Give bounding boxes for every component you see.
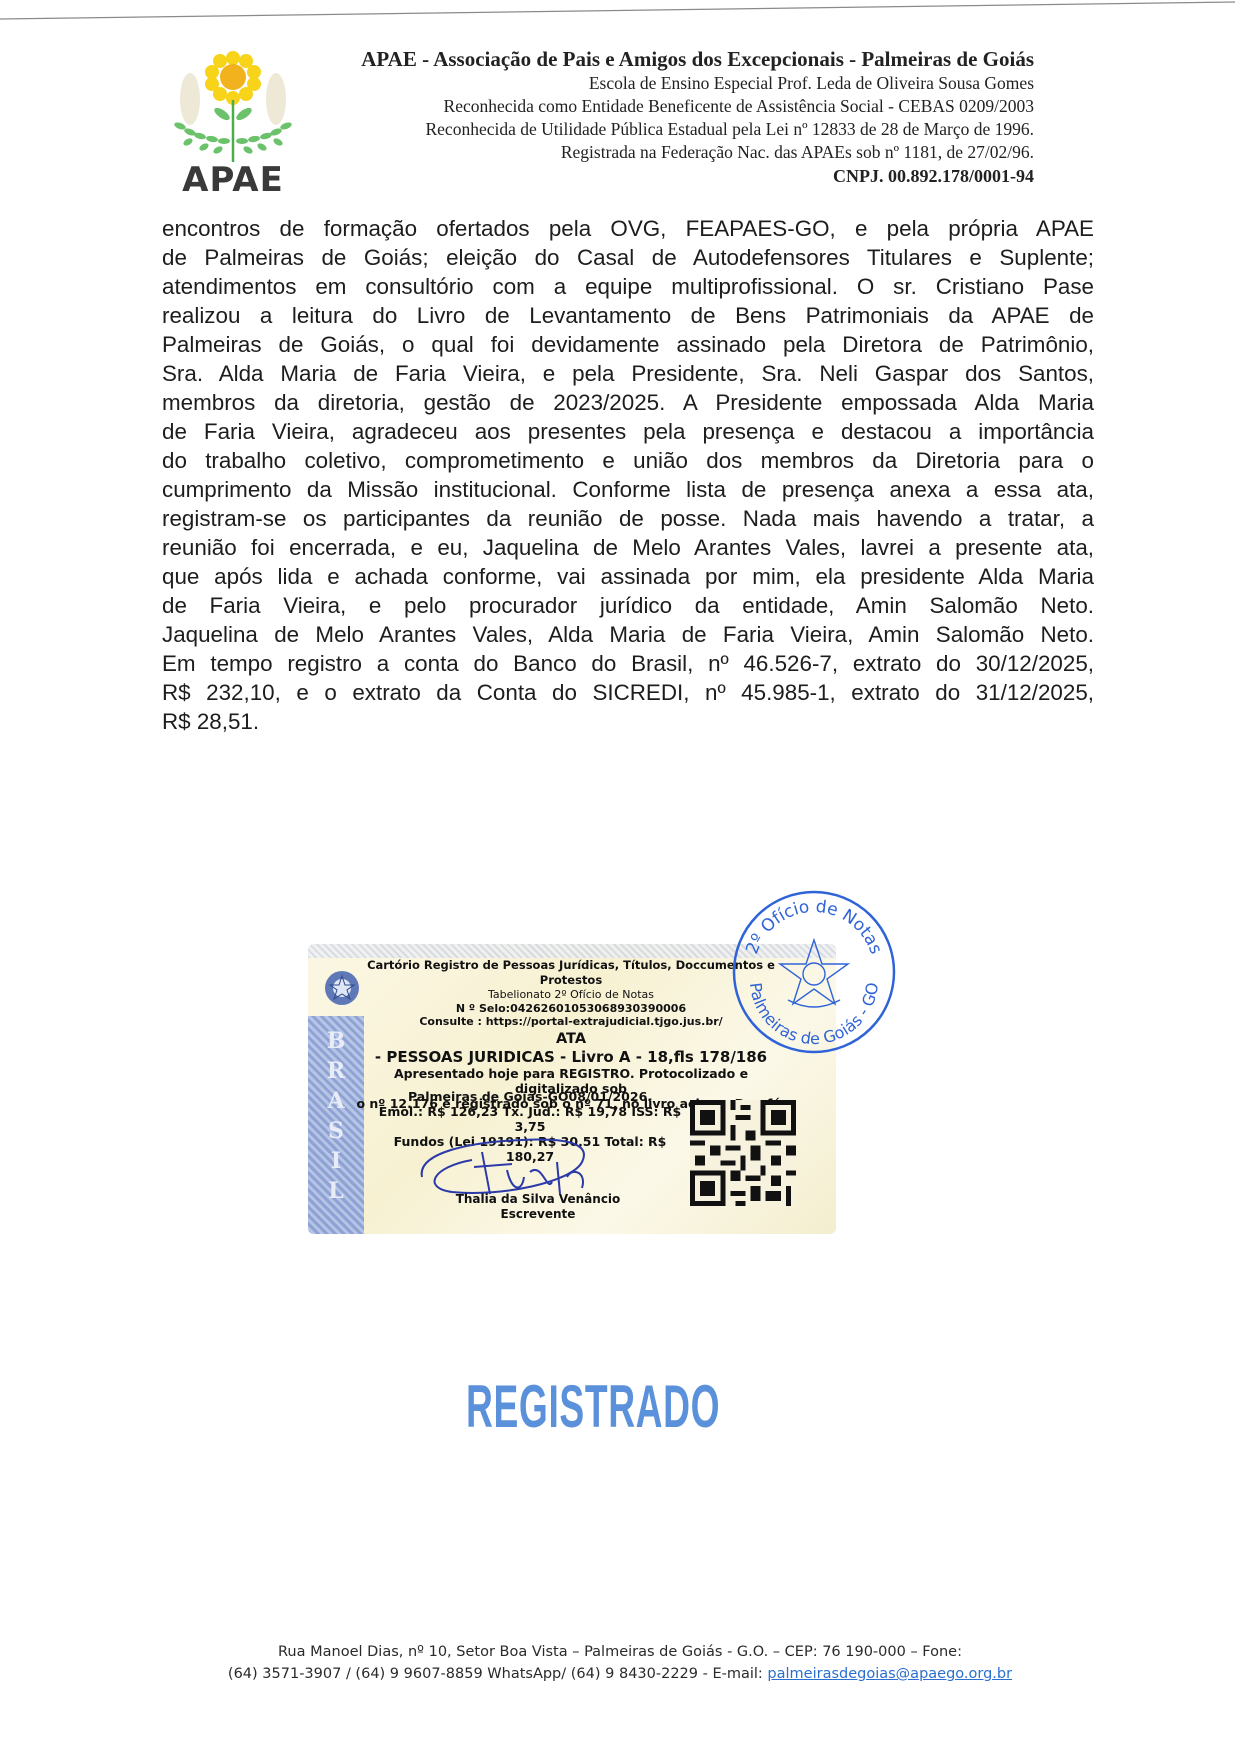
scan-edge-line: [0, 0, 1240, 24]
body-line: de Palmeiras de Goiás; eleição do Casal …: [162, 243, 1094, 272]
body-line: de Faria Vieira, agradeceu aos presentes…: [162, 417, 1094, 446]
body-line: encontros de formação ofertados pela OVG…: [162, 214, 1094, 243]
svg-text:2º Ofício de Notas: 2º Ofício de Notas: [742, 897, 886, 957]
body-line: que após lida e achada conforme, vai ass…: [162, 562, 1094, 591]
body-line: reunião foi encerrada, e eu, Jaquelina d…: [162, 533, 1094, 562]
registrado-stamp: REGISTRADO: [466, 1372, 720, 1441]
seal-top-text: 2º Ofício de Notas: [742, 897, 886, 957]
letterhead: APAE - Associação de Pais e Amigos dos E…: [361, 46, 1034, 188]
letterhead-line: Escola de Ensino Especial Prof. Leda de …: [361, 72, 1034, 95]
body-line: de Faria Vieira, e pelo procurador juríd…: [162, 591, 1094, 620]
body-line: membros da diretoria, gestão de 2023/202…: [162, 388, 1094, 417]
body-line: R$ 232,10, e o extrato da Conta do SICRE…: [162, 678, 1094, 707]
letterhead-line: Reconhecida como Entidade Beneficente de…: [361, 95, 1034, 118]
body-line: Sra. Alda Maria de Faria Vieira, e pela …: [162, 359, 1094, 388]
signatory-role: Escrevente: [438, 1207, 638, 1222]
stamp-consulte-url: Consulte : https://portal-extrajudicial.…: [356, 1015, 786, 1029]
stamp-tabelionato: Tabelionato 2º Ofício de Notas: [356, 988, 786, 1002]
qr-code-icon: [690, 1100, 796, 1206]
minutes-body: encontros de formação ofertados pela OVG…: [162, 214, 1094, 736]
stamp-header: Cartório Registro de Pessoas Jurídicas, …: [356, 958, 786, 1111]
body-line: atendimentos em consultório com a equipe…: [162, 272, 1094, 301]
letterhead-line: Reconhecida de Utilidade Pública Estadua…: [361, 118, 1034, 141]
stamp-doc-type: ATA: [356, 1031, 786, 1048]
svg-text:Palmeiras de Goiás - GO: Palmeiras de Goiás - GO: [746, 981, 882, 1048]
strip-letter: I: [308, 1146, 364, 1176]
body-line: cumprimento da Missão institucional. Con…: [162, 475, 1094, 504]
signatory-name: Thalia da Silva Venâncio: [438, 1192, 638, 1207]
seal-bottom-text: Palmeiras de Goiás - GO: [746, 981, 882, 1048]
body-line: Palmeiras de Goiás, o qual foi devidamen…: [162, 330, 1094, 359]
stamp-selo: N º Selo:04262601053068930390006: [356, 1002, 786, 1016]
footer-email-link[interactable]: palmeirasdegoias@apaego.org.br: [767, 1666, 1012, 1682]
body-line: Jaquelina de Melo Arantes Vales, Alda Ma…: [162, 620, 1094, 649]
cnpj: CNPJ. 00.892.178/0001-94: [361, 164, 1034, 188]
footer-contact: Rua Manoel Dias, nº 10, Setor Boa Vista …: [0, 1641, 1240, 1685]
stamp-signatory: Thalia da Silva Venâncio Escrevente: [438, 1192, 638, 1222]
body-line: do trabalho coletivo, comprometimento e …: [162, 446, 1094, 475]
footer-address: Rua Manoel Dias, nº 10, Setor Boa Vista …: [0, 1641, 1240, 1663]
strip-letter: S: [308, 1116, 364, 1146]
stamp-book: - PESSOAS JURIDICAS - Livro A - 18,fls 1…: [356, 1048, 786, 1066]
strip-letter: L: [308, 1176, 364, 1206]
footer-phones: (64) 3571-3907 / (64) 9 9607-8859 WhatsA…: [0, 1663, 1240, 1685]
body-line: Em tempo registro a conta do Banco do Br…: [162, 649, 1094, 678]
body-line: registram-se os participantes da reunião…: [162, 504, 1094, 533]
organization-name: APAE - Associação de Pais e Amigos dos E…: [361, 46, 1034, 72]
body-line: R$ 28,51.: [162, 707, 1094, 736]
logo-wordmark: APAE: [170, 160, 296, 200]
stamp-office: Cartório Registro de Pessoas Jurídicas, …: [356, 958, 786, 988]
notary-seal-icon: 2º Ofício de Notas Palmeiras de Goiás - …: [730, 888, 898, 1056]
stamp-place-date: Palmeiras de Goiás-GO08/01/2026.: [370, 1089, 690, 1104]
footer-phone-numbers: (64) 3571-3907 / (64) 9 9607-8859 WhatsA…: [228, 1666, 768, 1682]
body-line: realizou a leitura do Livro de Levantame…: [162, 301, 1094, 330]
letterhead-line: Registrada na Federação Nac. das APAEs s…: [361, 141, 1034, 164]
